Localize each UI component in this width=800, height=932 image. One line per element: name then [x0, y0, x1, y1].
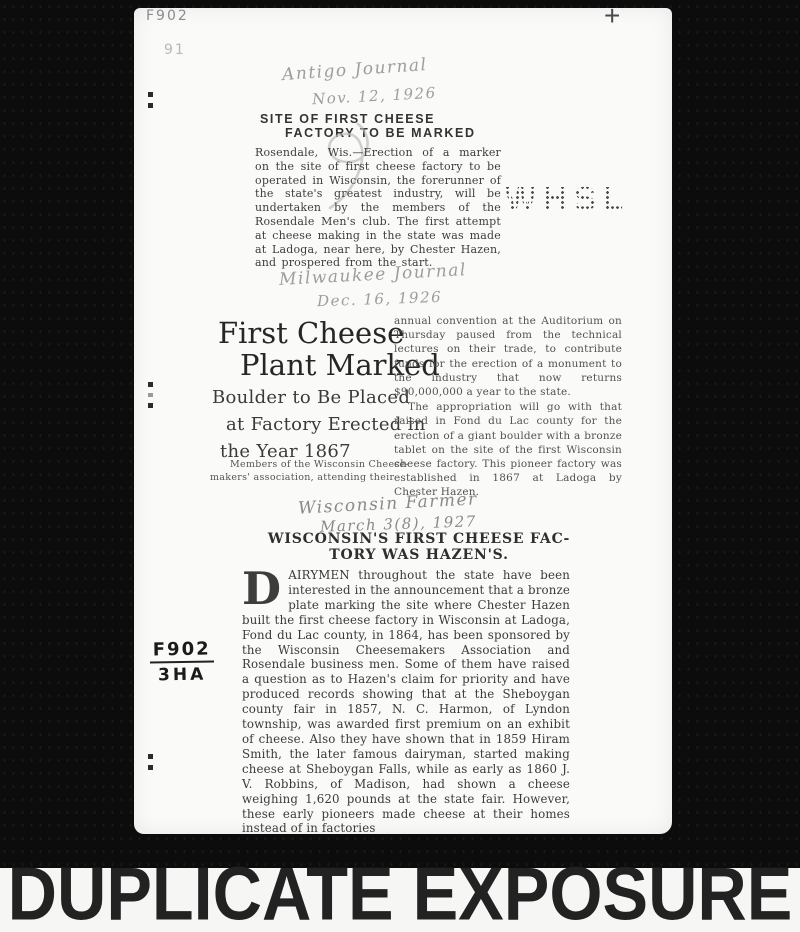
call-number-bottom: 3HA	[150, 664, 214, 685]
pencil-mark-top-left-2: 91	[164, 42, 186, 58]
scanned-page: + F902 91 Antigo Journal Nov. 12, 1926 S…	[134, 8, 672, 834]
clipping1-body: Rosendale, Wis.—Erection of a marker on …	[255, 146, 501, 270]
clipping2-byline-line1: Members of the Wisconsin Cheese-	[230, 459, 409, 470]
clipping3-headline-line2: TORY WAS HAZEN'S.	[254, 547, 584, 563]
handwritten-date-milwaukee: Dec. 16, 1926	[317, 288, 443, 310]
binding-mark	[148, 754, 153, 770]
handwritten-source-antigo: Antigo Journal	[281, 55, 428, 85]
clipping3-body-text: AIRYMEN throughout the state have been i…	[242, 568, 570, 835]
clipping2-byline-line2: makers' association, attending their	[210, 472, 394, 483]
pencil-mark-top-left: F902	[146, 8, 189, 24]
clipping3-headline-line1: WISCONSIN'S FIRST CHEESE FAC-	[254, 531, 584, 547]
call-number-top: F902	[150, 638, 214, 663]
registration-cross-mark: +	[604, 0, 620, 32]
clipping3-body: DAIRYMEN throughout the state have been …	[242, 568, 570, 836]
binding-mark	[148, 92, 153, 108]
whsl-perforation-stamp: WHSL	[505, 180, 630, 218]
clipping3-headline: WISCONSIN'S FIRST CHEESE FAC- TORY WAS H…	[254, 531, 584, 563]
clipping2-headline-line1: First Cheese	[218, 316, 404, 350]
clipping2-subhead-line1: Boulder to Be Placed	[212, 387, 410, 408]
handwritten-call-number: F902 3HA	[150, 638, 215, 685]
footer-strip: DUPLICATE EXPOSURE	[0, 868, 800, 932]
binding-mark	[148, 382, 153, 408]
clipping2-column2: annual convention at the Auditorium on T…	[394, 314, 622, 500]
handwritten-date-antigo: Nov. 12, 1926	[312, 84, 437, 109]
duplicate-exposure-stamp: DUPLICATE EXPOSURE	[0, 860, 800, 932]
clipping2-col2-para1: annual convention at the Auditorium on T…	[394, 314, 622, 399]
clipping2-col2-para2: The appropriation will go with that rais…	[394, 400, 622, 499]
clipping3-dropcap: D	[242, 568, 288, 608]
